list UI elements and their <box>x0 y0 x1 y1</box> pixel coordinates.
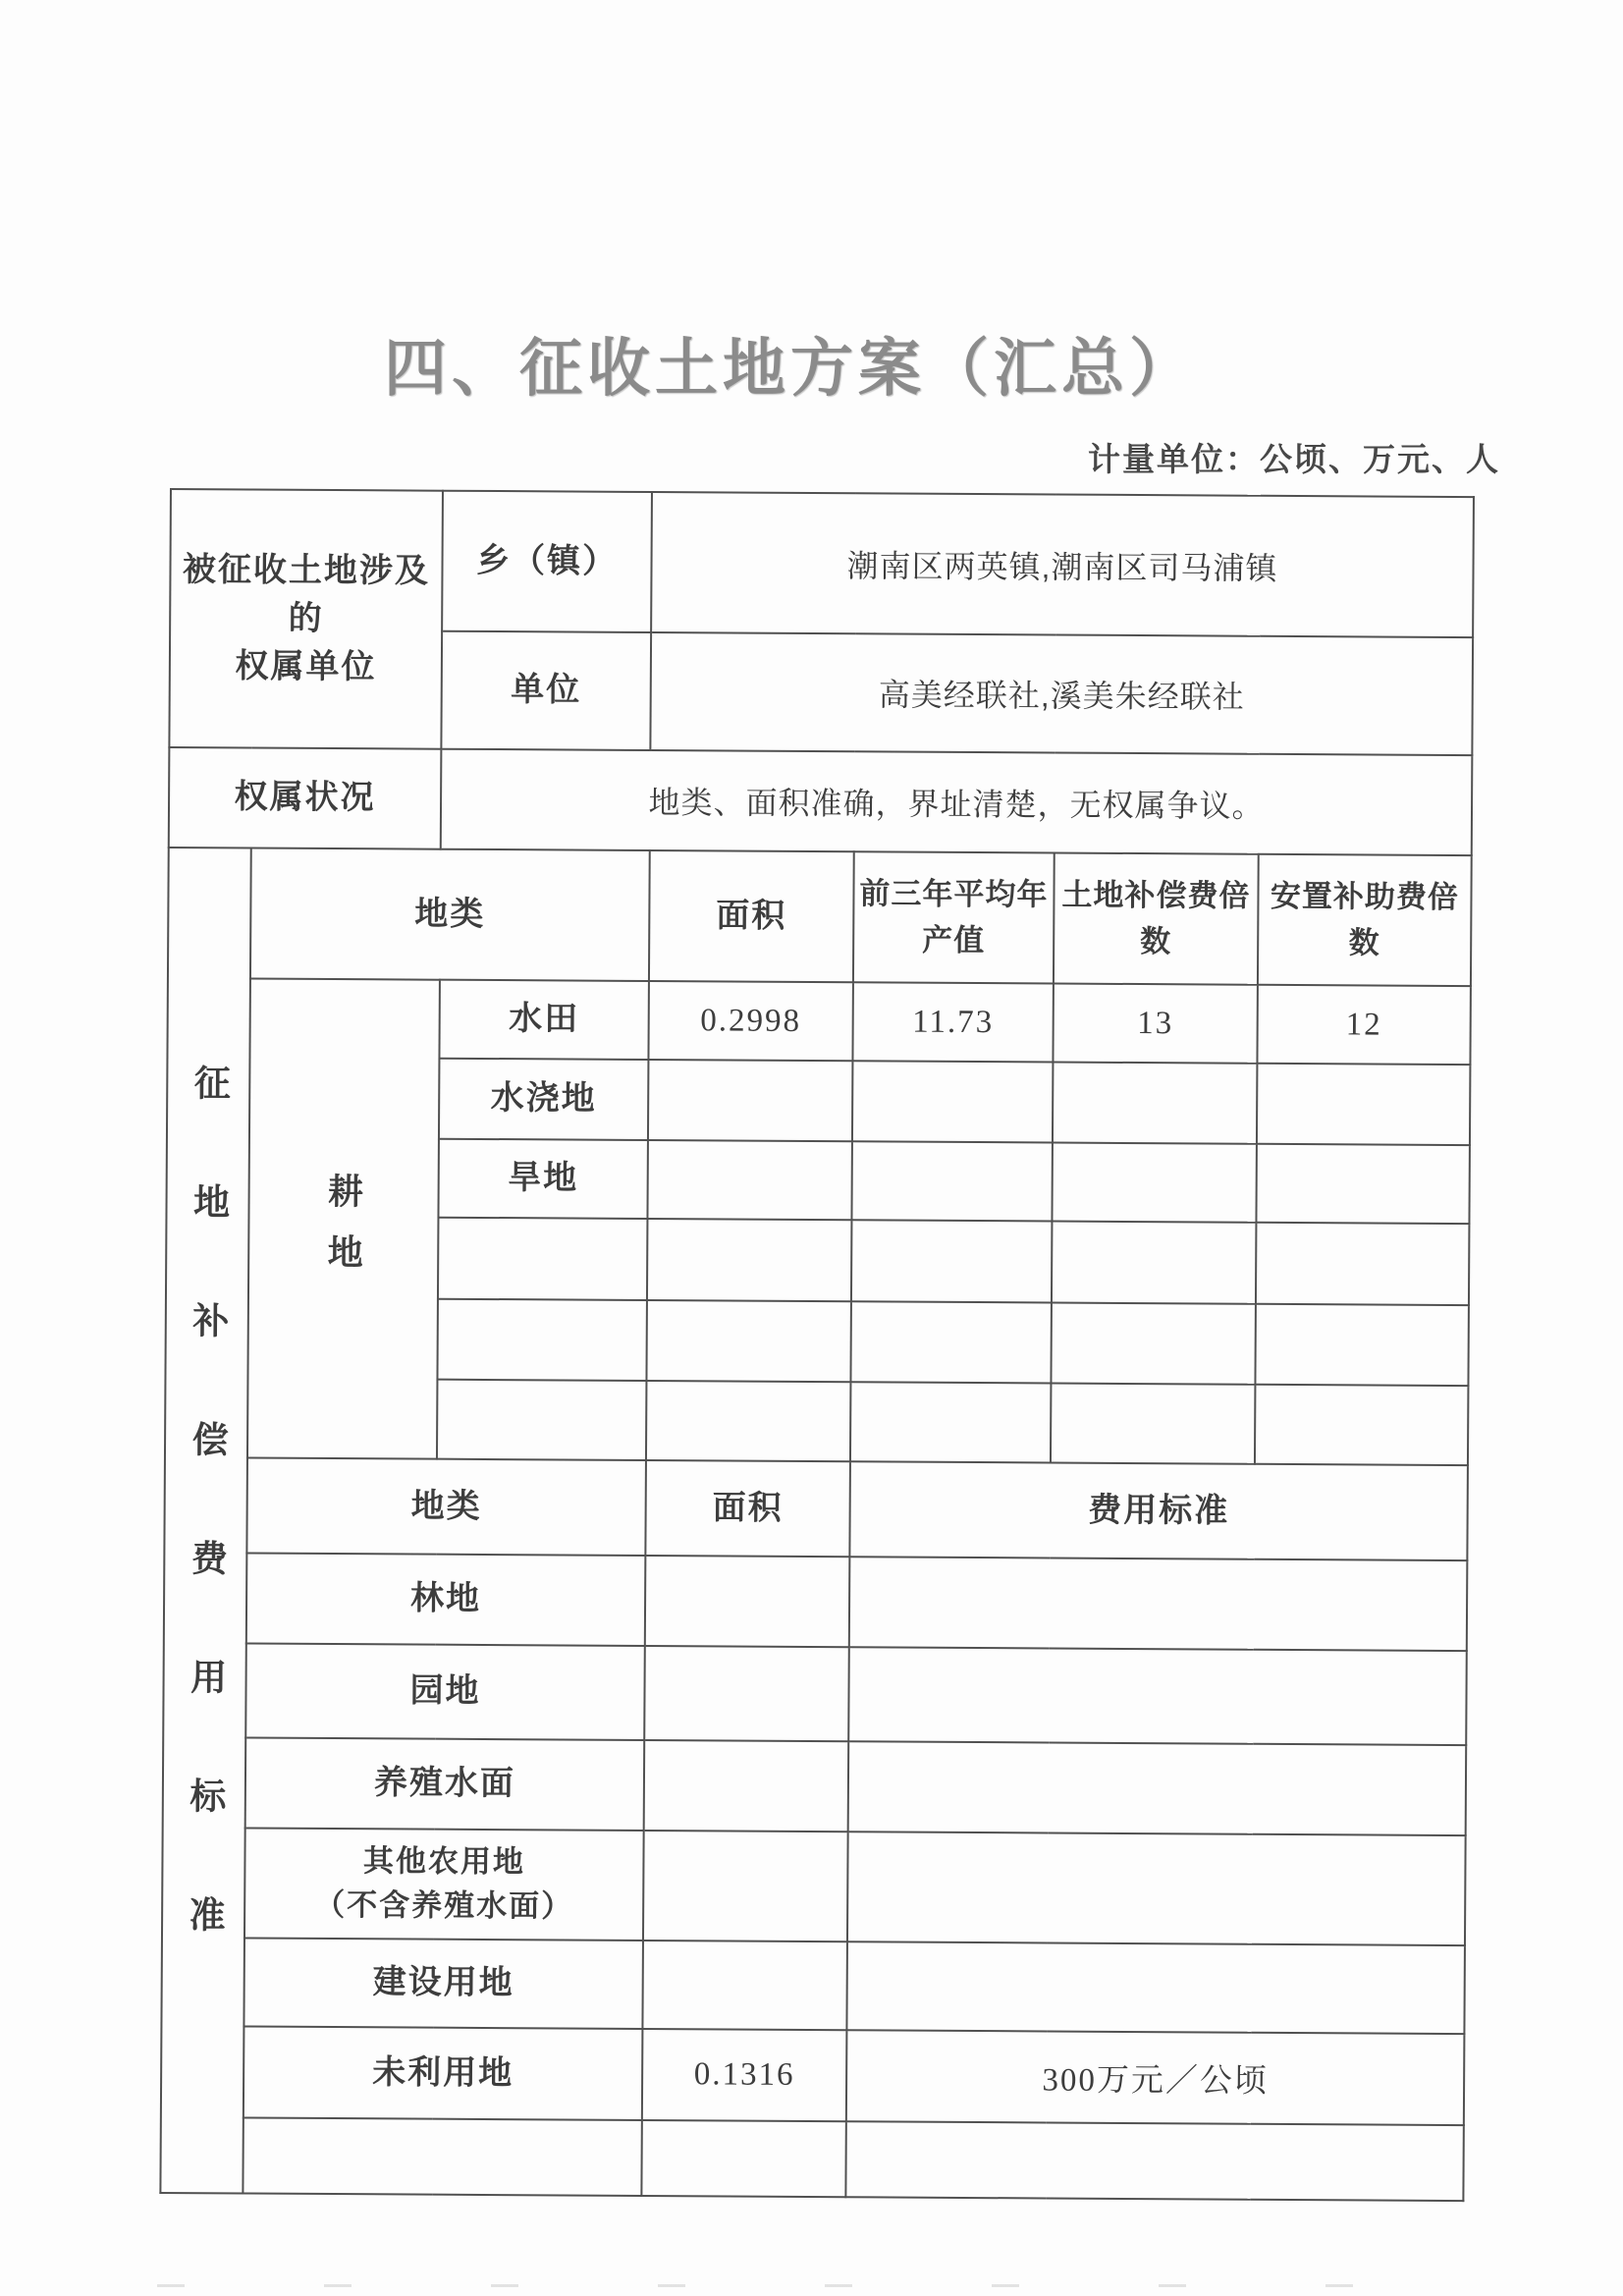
t1-area-header: 面积 <box>649 850 854 982</box>
resettle-multiple-cell <box>1255 1385 1469 1465</box>
unit-value: 高美经联社,溪美朱经联社 <box>650 632 1473 755</box>
fee-cell <box>848 1741 1467 1835</box>
row-table1-header: 征地补偿费用标准 地类 面积 前三年平均年 产值 土地补偿费倍 数 安置补助费倍… <box>168 847 1472 986</box>
area-cell <box>644 1740 849 1831</box>
table2-row <box>160 2117 1463 2201</box>
landtype-cell: 其他农用地 （不含养殖水面） <box>244 1828 644 1940</box>
landtype-cell: 园地 <box>245 1643 645 1739</box>
area-cell <box>642 1941 847 2030</box>
row-table2-header: 地类 面积 费用标准 <box>164 1457 1468 1560</box>
land-multiple-cell <box>1051 1303 1255 1385</box>
compensation-standard-section-label: 征地补偿费用标准 <box>177 1064 236 2014</box>
land-multiple-cell: 13 <box>1053 984 1257 1064</box>
resettle-multiple-cell <box>1257 1064 1471 1145</box>
area-cell <box>648 1060 852 1141</box>
page-title: 四、征收土地方案（汇总） <box>0 318 1581 409</box>
scanned-document-page: 四、征收土地方案（汇总） 计量单位：公顷、万元、人 被征收土地涉及的 权属单位 … <box>0 0 1623 2296</box>
landtype-cell <box>437 1380 646 1460</box>
area-cell <box>646 1381 850 1461</box>
area-cell <box>645 1556 850 1647</box>
landtype-cell: 旱地 <box>438 1139 647 1219</box>
tenure-status-value: 地类、面积准确，界址清楚，无权属争议。 <box>441 749 1473 855</box>
land-multiple-cell <box>1053 1063 1257 1144</box>
township-label: 乡（镇） <box>442 491 652 632</box>
table2-row: 建设用地 <box>161 1938 1465 2034</box>
t1-resettle-multiple-header: 安置补助费倍 数 <box>1258 854 1472 986</box>
t2-fee-standard-header: 费用标准 <box>849 1461 1468 1560</box>
measurement-unit-note: 计量单位：公顷、万元、人 <box>0 434 1500 480</box>
row-tenure-status: 权属状况 地类、面积准确，界址清楚，无权属争议。 <box>169 747 1473 855</box>
avg-output-cell <box>851 1141 1052 1221</box>
area-cell <box>641 2120 845 2197</box>
land-multiple-cell <box>1051 1383 1255 1463</box>
table2-row: 养殖水面 <box>163 1737 1467 1835</box>
area-cell <box>643 1831 848 1941</box>
t1-avg-output-header: 前三年平均年 产值 <box>853 851 1055 983</box>
fee-cell <box>845 2121 1463 2201</box>
resettle-multiple-cell <box>1256 1223 1470 1305</box>
avg-output-cell <box>850 1301 1051 1383</box>
resettle-multiple-cell <box>1256 1144 1470 1224</box>
t2-landtype-header: 地类 <box>246 1458 646 1556</box>
avg-output-cell: 11.73 <box>852 982 1053 1062</box>
compensation-section-cell: 征地补偿费用标准 <box>160 847 250 2193</box>
table1-row: 耕地 水田 0.2998 11.73 13 12 <box>167 978 1470 1065</box>
land-plan-table: 被征收土地涉及的 权属单位 乡（镇） 潮南区两英镇,潮南区司马浦镇 单位 高美经… <box>159 488 1475 2202</box>
avg-output-cell <box>850 1382 1051 1462</box>
landtype-cell <box>437 1299 646 1381</box>
fee-cell: 300万元／公顷 <box>846 2030 1465 2125</box>
cultivated-land-group-label: 耕地 <box>318 1172 369 1293</box>
area-cell: 0.2998 <box>648 981 852 1061</box>
resettle-multiple-cell <box>1255 1304 1469 1386</box>
fee-cell <box>847 1831 1466 1945</box>
land-multiple-cell <box>1052 1222 1257 1304</box>
tenure-status-label: 权属状况 <box>169 747 442 849</box>
area-cell <box>646 1300 850 1382</box>
t2-area-header: 面积 <box>645 1460 850 1557</box>
landtype-cell: 水田 <box>439 980 648 1060</box>
unit-label: 单位 <box>441 631 651 750</box>
landtype-cell <box>243 2117 641 2195</box>
table2-row: 林地 <box>164 1553 1468 1651</box>
cultivated-land-group-cell: 耕地 <box>247 979 440 1459</box>
fee-cell <box>849 1557 1468 1651</box>
avg-output-cell <box>852 1061 1053 1142</box>
scan-edge-artifact <box>157 2284 1375 2287</box>
row-township: 被征收土地涉及的 权属单位 乡（镇） 潮南区两英镇,潮南区司马浦镇 <box>170 489 1474 637</box>
t1-land-multiple-header: 土地补偿费倍 数 <box>1054 853 1259 985</box>
table2-row: 未利用地 0.1316 300万元／公顷 <box>161 2026 1465 2125</box>
landtype-cell <box>438 1218 648 1300</box>
land-multiple-cell <box>1052 1143 1256 1223</box>
fee-cell <box>848 1647 1467 1745</box>
fee-cell <box>846 1941 1465 2034</box>
table2-row: 其他农用地 （不含养殖水面） <box>162 1828 1466 1945</box>
ownership-units-label: 被征收土地涉及的 权属单位 <box>169 489 443 749</box>
landtype-cell: 林地 <box>246 1553 646 1645</box>
table2-row: 园地 <box>163 1643 1467 1745</box>
avg-output-cell <box>851 1220 1053 1302</box>
area-cell <box>647 1140 851 1220</box>
landtype-cell: 水浇地 <box>439 1059 648 1140</box>
township-value: 潮南区两英镇,潮南区司马浦镇 <box>651 492 1474 637</box>
landtype-cell: 养殖水面 <box>245 1737 645 1830</box>
resettle-multiple-cell: 12 <box>1257 985 1471 1065</box>
t1-landtype-header: 地类 <box>250 848 650 981</box>
land-plan-table-wrap: 被征收土地涉及的 权属单位 乡（镇） 潮南区两英镇,潮南区司马浦镇 单位 高美经… <box>159 488 1475 2202</box>
area-cell: 0.1316 <box>642 2029 847 2121</box>
area-cell <box>647 1219 852 1301</box>
area-cell <box>644 1646 849 1741</box>
landtype-cell: 建设用地 <box>243 1938 643 2028</box>
landtype-cell: 未利用地 <box>243 2026 643 2119</box>
